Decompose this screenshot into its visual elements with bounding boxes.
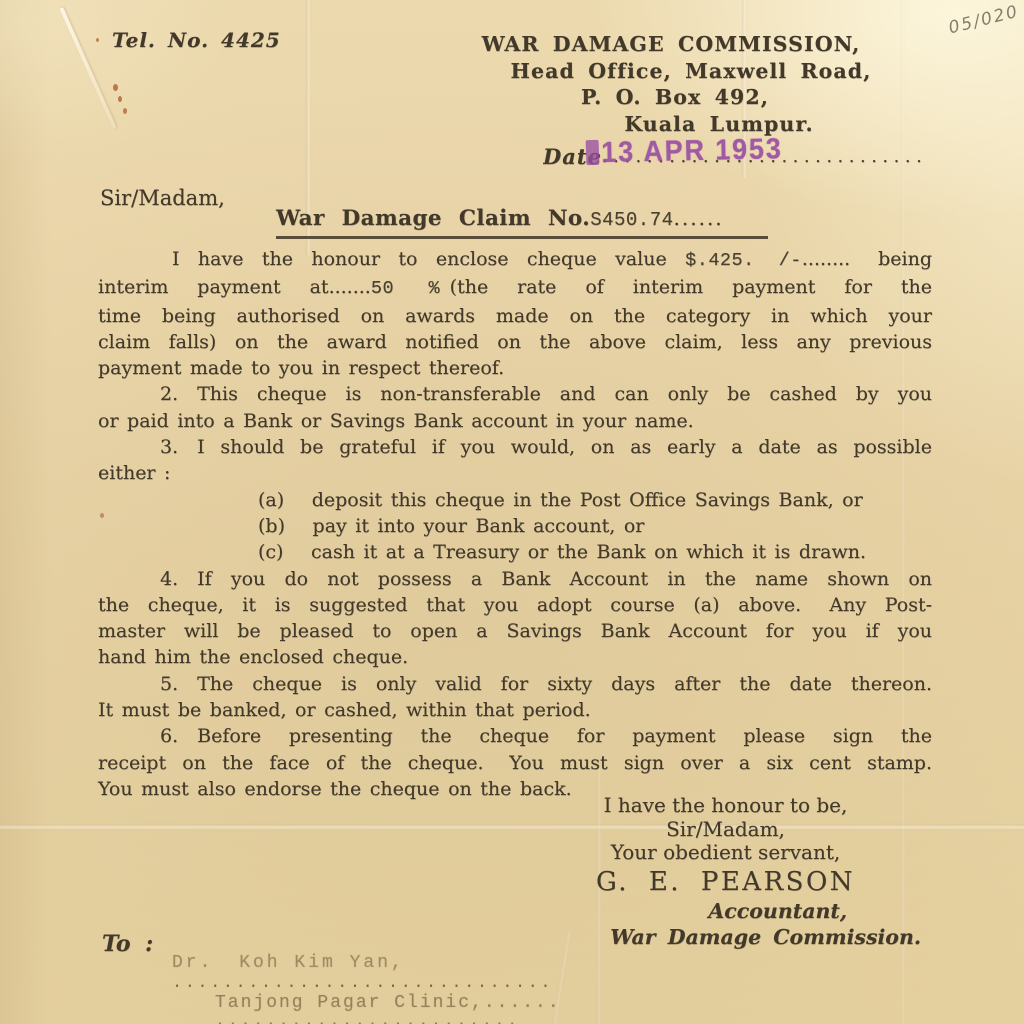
body-text: ........ being (802, 248, 932, 270)
body-line: either : (98, 460, 932, 486)
claim-heading-label: War Damage Claim No. (276, 206, 590, 231)
pencil-filing-note: 05/020 (947, 2, 1022, 39)
options-list: (a) deposit this cheque in the Post Offi… (98, 487, 932, 566)
body-line: It must be banked, or cashed, within tha… (98, 697, 932, 723)
letterhead-org: WAR DAMAGE COMMISSION, (425, 31, 917, 58)
rust-spot (123, 108, 127, 114)
letterhead-address-line: P. O. Box 492, (429, 84, 921, 111)
signature-title: Accountant, (518, 897, 933, 925)
body-line: claim falls) on the award notified on th… (98, 329, 932, 355)
signature-name: G. E. PEARSON (518, 867, 933, 897)
signature-org: War Damage Commission. (518, 925, 933, 950)
body-line: payment made to you in respect thereof. (98, 355, 932, 381)
letter-body: I have the honour to enclose cheque valu… (98, 246, 932, 802)
list-item: (c) cash it at a Treasury or the Bank on… (98, 539, 932, 565)
salutation: Sir/Madam, (100, 186, 225, 210)
recipient-dotted-line: .............................. (172, 974, 553, 993)
cheque-amount: $.425. /- (685, 250, 802, 271)
body-line: 5. The cheque is only valid for sixty da… (98, 671, 932, 697)
body-text: I have the honour to enclose cheque valu… (172, 248, 685, 270)
body-line: interim payment at.......50 % (the rate … (98, 274, 932, 302)
to-label: To : (102, 931, 153, 957)
recipient-address: Tanjong Pagar Clinic,...... (215, 993, 561, 1013)
stamp-ink-blot (586, 140, 600, 165)
rust-spot (96, 38, 99, 42)
letterhead-address-line: Head Office, Maxwell Road, (445, 58, 937, 85)
closing-line: I have the honour to be, (518, 794, 933, 818)
subject-heading: War Damage Claim No.S450.74...... (276, 206, 768, 239)
date-stamp: 13 APR 1953 (601, 133, 783, 170)
recipient-name: Dr. Koh Kim Yan, (172, 953, 405, 973)
crease-line (59, 7, 116, 129)
closing-block: I have the honour to be, Sir/Madam, Your… (518, 794, 933, 950)
rust-spot (113, 84, 118, 91)
letter-page: 05/020 Tel. No. 4425 WAR DAMAGE COMMISSI… (0, 0, 1024, 1024)
list-item: (a) deposit this cheque in the Post Offi… (98, 487, 932, 513)
body-line: hand him the enclosed cheque. (98, 644, 932, 670)
body-line: receipt on the face of the cheque. You m… (98, 750, 932, 776)
list-item: (b) pay it into your Bank account, or (98, 513, 932, 539)
telephone-number: Tel. No. 4425 (112, 28, 281, 52)
body-line: the cheque, it is suggested that you ado… (98, 592, 932, 618)
recipient-dotted-line: ........................ (215, 1012, 520, 1024)
rust-spot (118, 96, 122, 102)
claim-dotted-line: ...... (674, 206, 724, 230)
body-text: (the rate of interim payment for the (440, 276, 932, 298)
body-line: I have the honour to enclose cheque valu… (98, 246, 932, 274)
interim-rate: 50 % (371, 278, 440, 299)
body-line: 2. This cheque is non-transferable and c… (98, 381, 932, 407)
body-line: master will be pleased to open a Savings… (98, 618, 932, 644)
letterhead: WAR DAMAGE COMMISSION, Head Office, Maxw… (425, 31, 917, 137)
body-line: or paid into a Bank or Savings Bank acco… (98, 408, 932, 434)
letterhead-city: Kuala Lumpur. (473, 111, 965, 138)
body-line: 3. I should be grateful if you would, on… (98, 434, 932, 460)
body-line: 6. Before presenting the cheque for paym… (98, 723, 932, 749)
body-line: time being authorised on awards made on … (98, 303, 932, 329)
body-line: 4. If you do not possess a Bank Account … (98, 566, 932, 592)
body-text: interim payment at....... (98, 276, 371, 298)
closing-line: Your obedient servant, (518, 841, 933, 865)
claim-number: S450.74 (590, 209, 673, 231)
closing-line: Sir/Madam, (518, 818, 933, 842)
